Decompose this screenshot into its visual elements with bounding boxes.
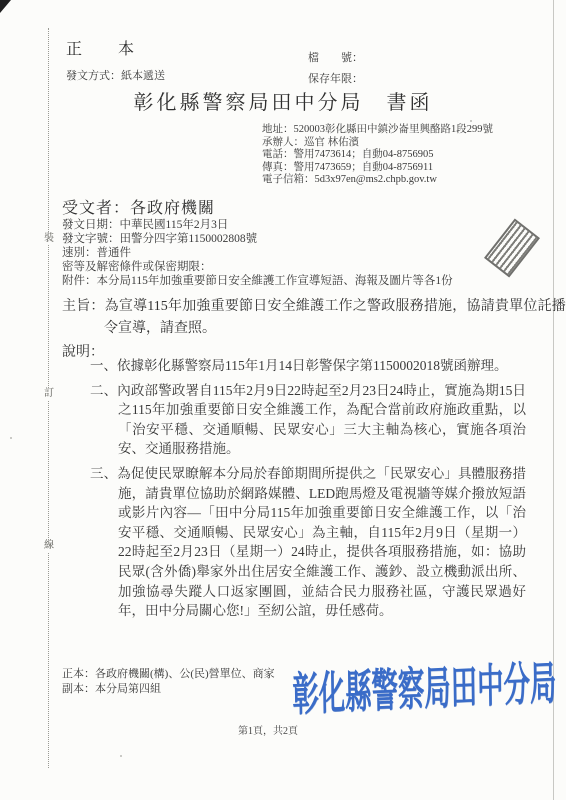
binding-mark-zhuang: 裝 [42,233,56,245]
explanation-item-3: 三、為促使民眾瞭解本分局於春節期間所提供之「民眾安心」具體服務措施，請貴單位協助… [90,464,526,621]
binding-mark-ding: 訂 [42,388,56,400]
scanned-official-letter: 裝 訂 線 正 本 發文方式：紙本遞送 檔 號： 保存年限： 彰化縣警察局田中分… [0,0,566,800]
priority-line: 速別：普通件 [62,246,536,260]
file-number-label: 檔 號： [308,49,363,65]
security-classification-line: 密等及解密條件或保密期限： [62,260,536,274]
fax-line: 傳真：警用7473659；自動04-8756911 [262,162,530,175]
document-title: 彰化縣警察局田中分局 書函 [0,86,566,115]
recipient-line: 受文者：各政府機關 [62,195,215,218]
document-meta-block: 發文日期：中華民國115年2月3日 發文字號：田警分四字第1150002808號… [62,218,536,288]
explanation-item-2: 二、內政部警政署自115年2月9日22時起至2月23日24時止，實施為期15日之… [90,381,526,459]
explanation-item-1: 一、依據彰化縣警察局115年1月14日彰警保字第1150002018號函辦理。 [90,356,526,376]
delivery-method-label: 發文方式：紙本遞送 [66,67,165,83]
scan-corner-artifact [0,0,11,13]
contact-person-line: 承辦人：巡官 林佑濱 [262,137,530,150]
distribution-copy-line: 副本：本分局第四組 [62,682,275,697]
scan-speck [470,120,472,122]
email-line: 電子信箱：5d3x97en@ms2.chpb.gov.tw [262,174,530,187]
copy-type-label: 正 本 [66,36,144,59]
issue-date-line: 發文日期：中華民國115年2月3日 [62,218,536,232]
distribution-block: 正本：各政府機關(構)、公(民)營單位、商家 副本：本分局第四組 [62,667,275,696]
binding-mark-xian: 線 [42,540,56,552]
agency-contact-block: 地址：520003彰化縣田中鎮沙崙里興酪路1段299號 承辦人：巡官 林佑濱 電… [262,124,530,187]
explanation-items: 一、依據彰化縣警察局115年1月14日彰警保字第1150002018號函辦理。 … [90,356,526,626]
doc-number-line: 發文字號：田警分四字第1150002808號 [62,232,536,246]
agency-name-stamp: 彰化縣警察局田中分局 [292,660,557,720]
phone-line: 電話：警用7473614；自動04-8756905 [262,149,530,162]
page-indicator: 第1頁，共2頁 [238,722,298,737]
distribution-original-line: 正本：各政府機關(構)、公(民)營單位、商家 [62,667,275,682]
scan-speck [120,755,122,757]
agency-address: 地址：520003彰化縣田中鎮沙崙里興酪路1段299號 [262,124,530,137]
subject-paragraph: 主旨：為宣導115年加強重要節日安全維護工作之警政服務措施，協請貴單位託播政令宣… [62,296,566,339]
attachment-line: 附件：本分局115年加強重要節日安全維護工作宣導短語、海報及圖片等各1份 [62,274,536,288]
retention-period-label: 保存年限： [308,70,363,86]
scan-speck [10,437,12,439]
